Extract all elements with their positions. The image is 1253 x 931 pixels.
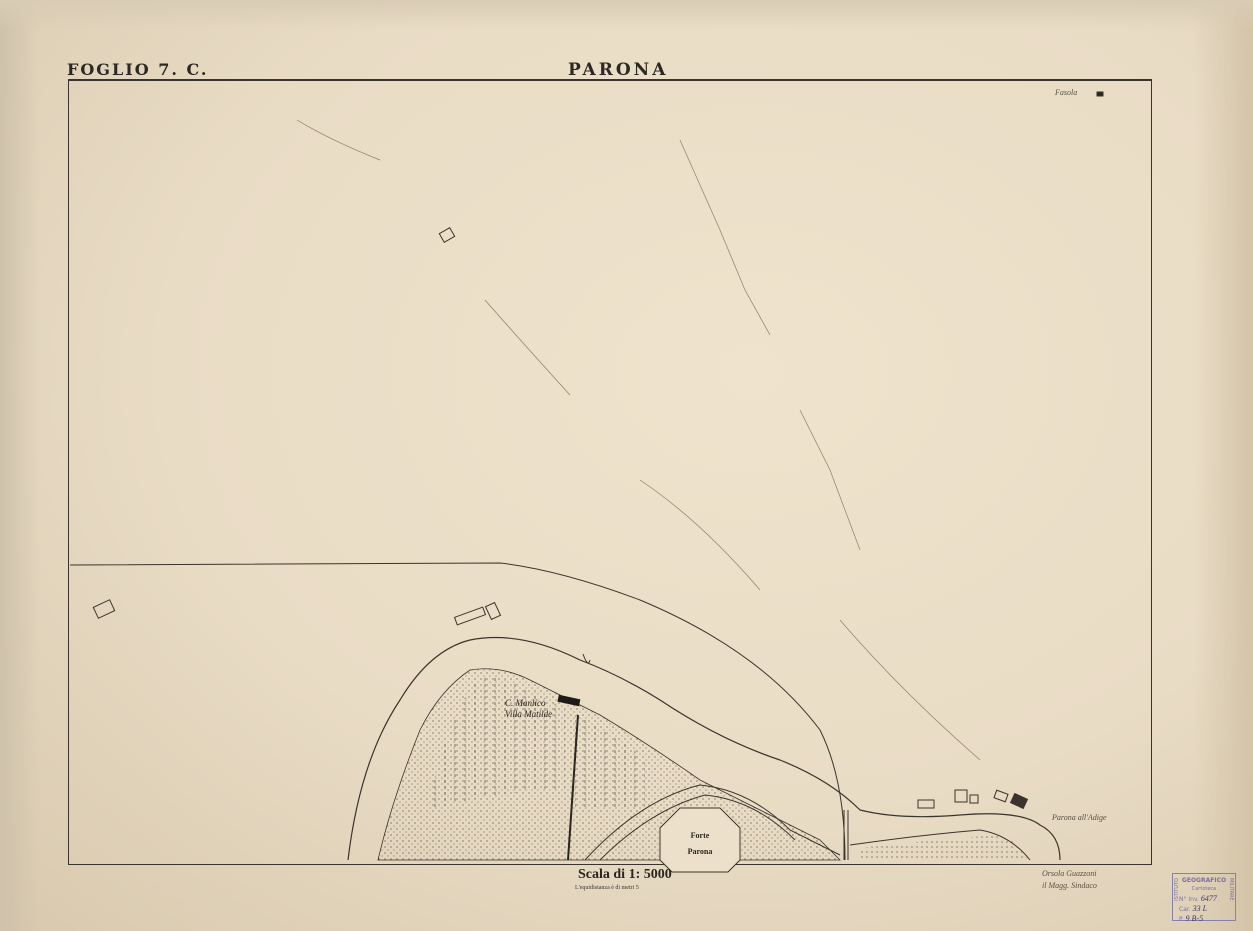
- stamp-side-left: ISTITUTO: [1173, 878, 1182, 901]
- annotation-top-right: Fasola: [1055, 87, 1077, 99]
- villa-label: C. Manlico Villa Matilde: [505, 698, 552, 720]
- annotation-parona: Parona all'Adige: [1052, 812, 1107, 824]
- villa-label-line2: Villa Matilde: [505, 709, 552, 720]
- cultivated-field-east: [860, 835, 1030, 860]
- map-drawing: [0, 0, 1253, 931]
- stamp-header: GEOGRAFICO: [1179, 876, 1229, 885]
- faint-tracks: [297, 120, 980, 760]
- fort-label-line1: Forte: [672, 828, 728, 844]
- archive-stamp: ISTITUTO MILITARE GEOGRAFICO Cartoteca N…: [1172, 873, 1236, 921]
- scale-note: L'equidistanza è di metri 5: [575, 885, 639, 891]
- stamp-cartella: Car. 33 L: [1179, 904, 1229, 914]
- building-icons: [93, 92, 1103, 618]
- signature-line2: il Magg. Sindaco: [1042, 880, 1097, 892]
- fort-label: Forte Parona: [672, 828, 728, 860]
- signature-line1: Orsola Guazzoni: [1042, 868, 1097, 880]
- stamp-inv: N° Inv. 6477: [1179, 894, 1229, 904]
- vineyard-area: [378, 669, 840, 860]
- signature: Orsola Guazzoni il Magg. Sindaco: [1042, 868, 1097, 892]
- fort-label-line2: Parona: [672, 844, 728, 860]
- stamp-position: P. 9 B-5: [1179, 914, 1229, 924]
- stamp-sub: Cartoteca: [1179, 885, 1229, 894]
- villa-label-line1: C. Manlico: [505, 698, 552, 709]
- stamp-side-right: MILITARE: [1226, 878, 1235, 901]
- map-sheet: FOGLIO 7. C. PARONA: [0, 0, 1253, 931]
- scale-title: Scala di 1: 5000: [578, 867, 672, 883]
